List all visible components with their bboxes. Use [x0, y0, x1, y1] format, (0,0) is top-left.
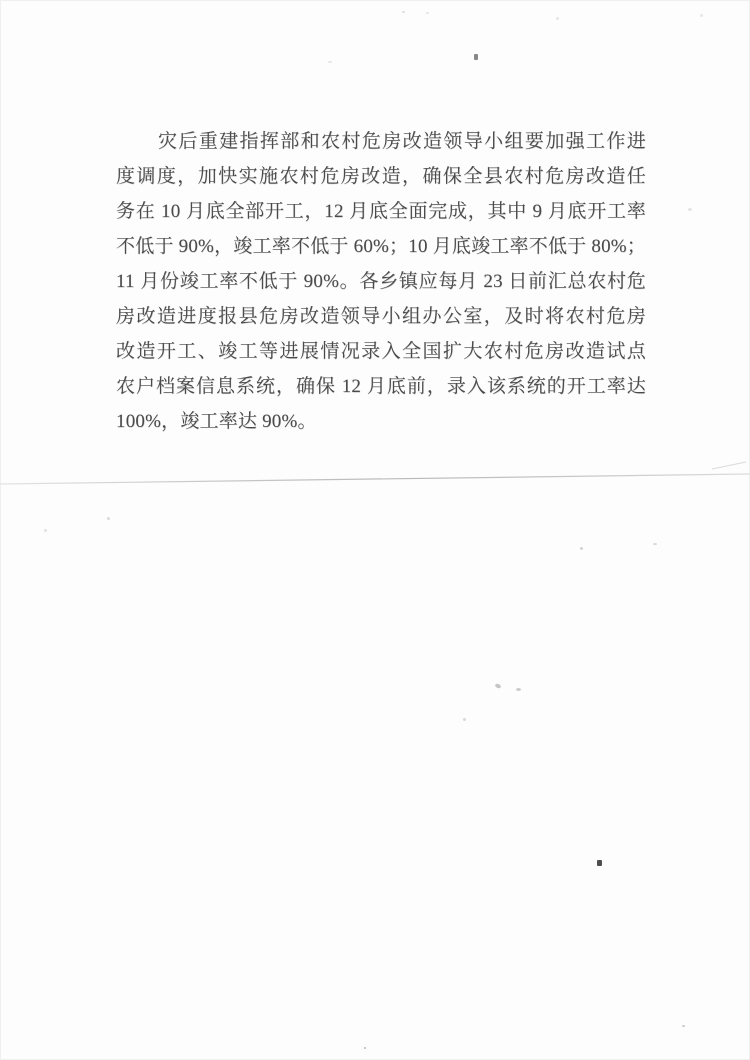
scan-speck	[556, 17, 559, 20]
text-line-8: 农户档案信息系统，确保 12 月底前，录入该系统的开工率达	[116, 369, 646, 404]
text-line-3: 务在 10 月底全部开工，12 月底全面完成，其中 9 月底开工率	[116, 194, 646, 229]
scan-speck	[597, 860, 602, 866]
scan-speck	[402, 11, 405, 13]
scan-speck	[580, 547, 583, 550]
scan-speck	[516, 688, 521, 691]
scan-speck	[688, 208, 692, 211]
text-line-9: 100%，竣工率达 90%。	[116, 404, 646, 439]
scan-speck	[474, 54, 478, 60]
scan-speck	[426, 12, 429, 14]
scan-speck	[463, 718, 466, 721]
paragraph: 灾后重建指挥部和农村危房改造领导小组要加强工作进 度调度，加快实施农村危房改造，…	[116, 124, 646, 439]
text-line-5: 11 月份竣工率不低于 90%。各乡镇应每月 23 日前汇总农村危	[116, 264, 646, 299]
scan-speck	[653, 543, 657, 545]
scan-speck	[107, 517, 110, 520]
text-line-7: 改造开工、竣工等进展情况录入全国扩大农村危房改造试点	[116, 334, 646, 369]
scan-speck	[700, 14, 703, 17]
text-line-2: 度调度，加快实施农村危房改造，确保全县农村危房改造任	[116, 159, 646, 194]
scan-speck	[682, 1025, 685, 1027]
text-line-4: 不低于 90%，竣工率不低于 60%；10 月底竣工率不低于 80%；	[116, 229, 646, 264]
scan-speck	[364, 1047, 366, 1049]
text-line-6: 房改造进度报县危房改造领导小组办公室，及时将农村危房	[116, 299, 646, 334]
scan-speck	[44, 529, 47, 532]
scan-speck	[494, 683, 501, 689]
text-line-1: 灾后重建指挥部和农村危房改造领导小组要加强工作进	[116, 124, 646, 159]
scanned-document-page: 灾后重建指挥部和农村危房改造领导小组要加强工作进 度调度，加快实施农村危房改造，…	[0, 0, 750, 1060]
scan-speck	[328, 61, 332, 63]
